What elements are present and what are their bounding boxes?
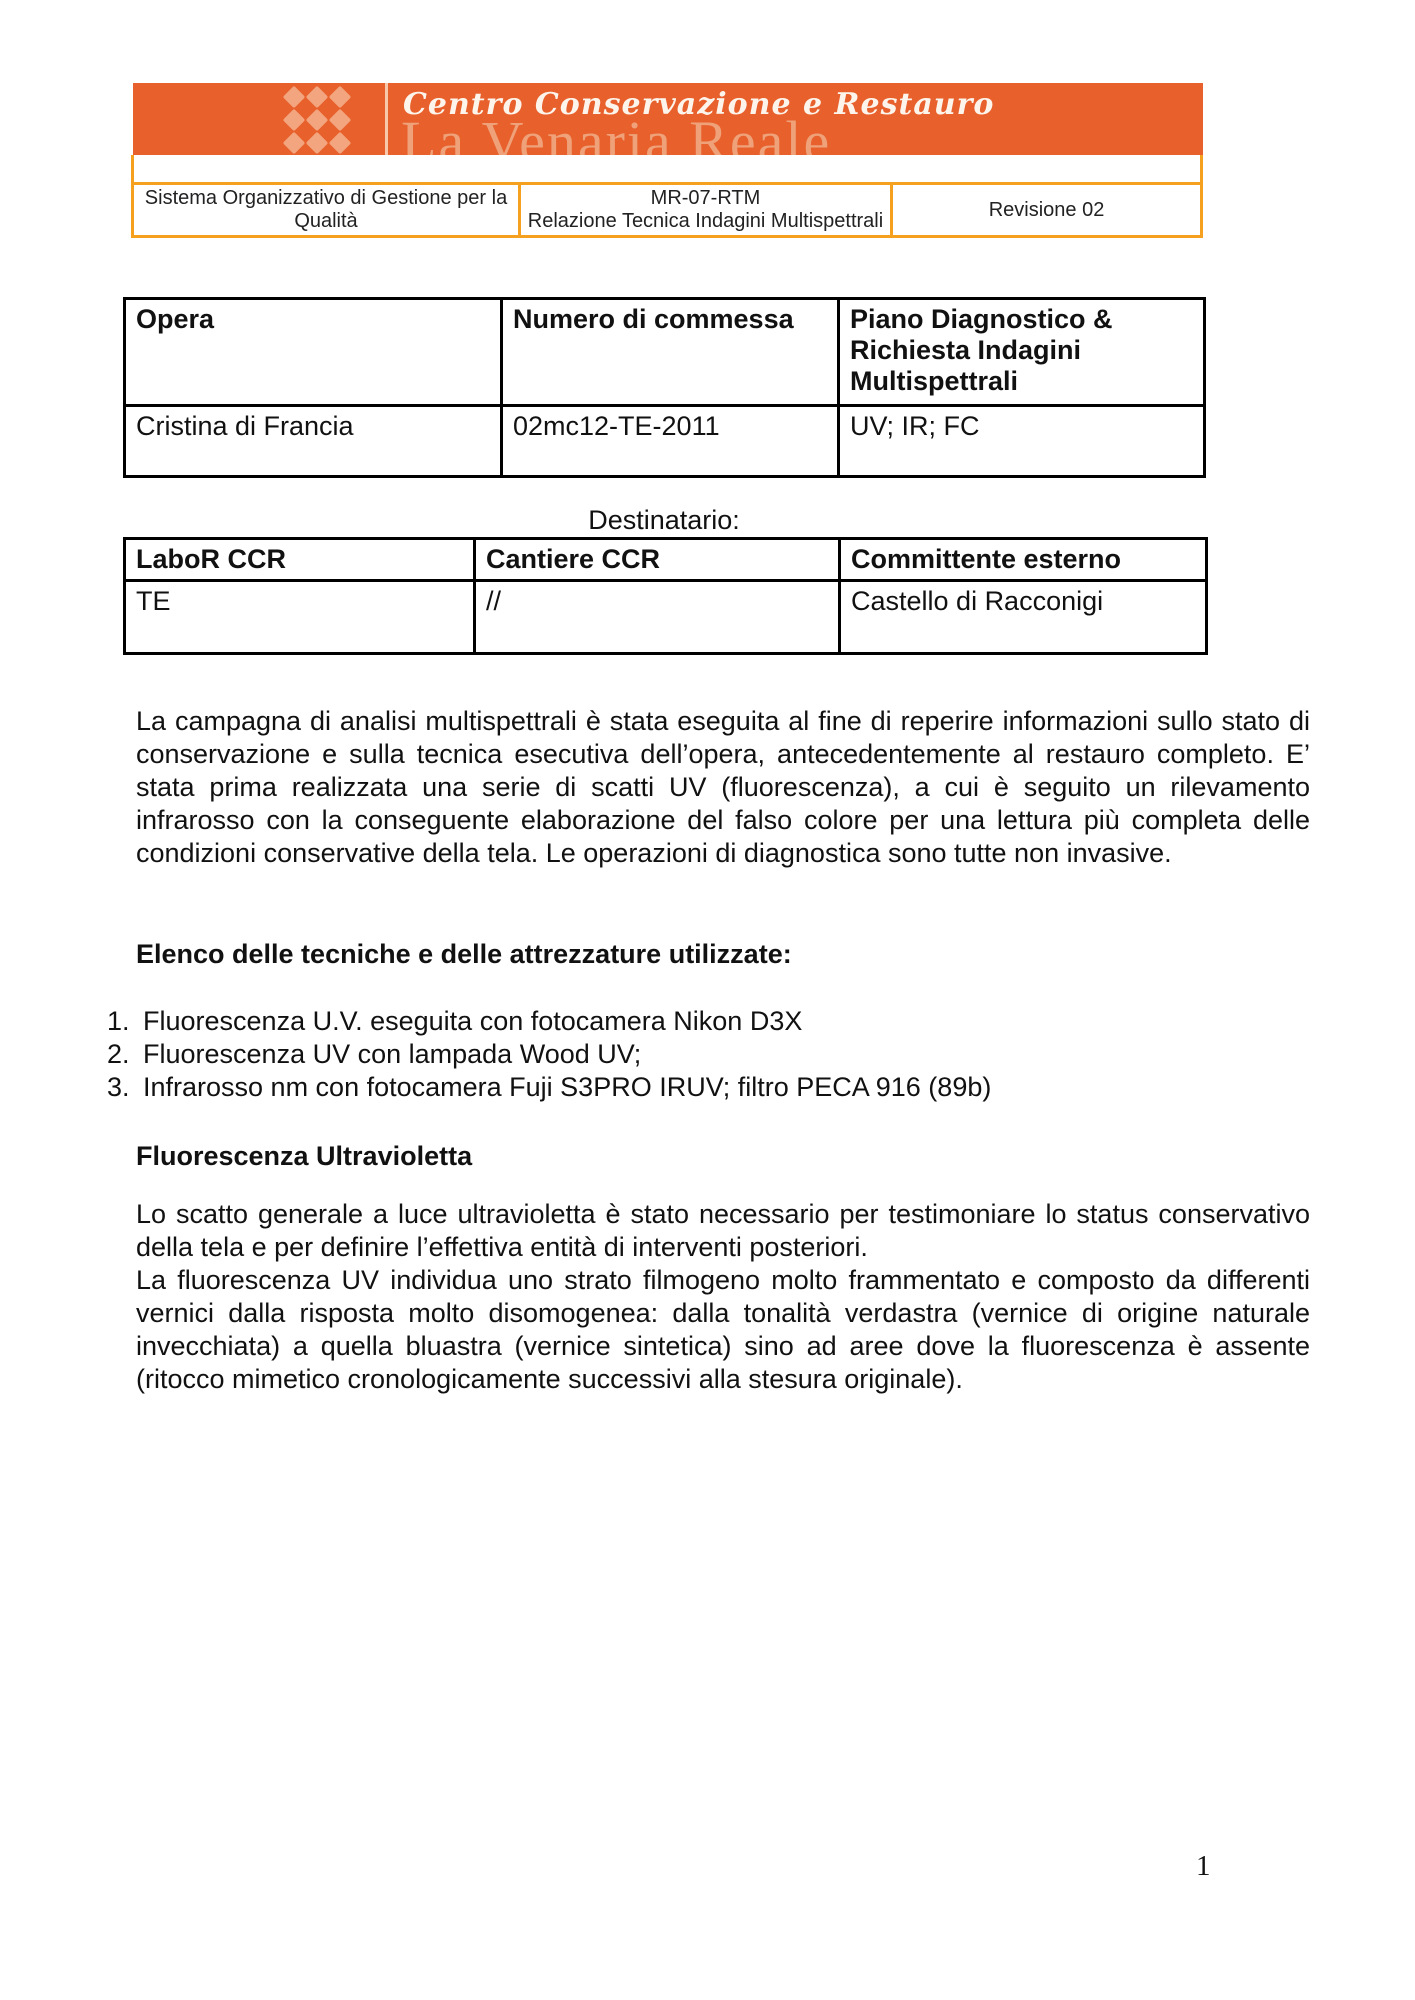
labor-value: TE — [125, 581, 475, 654]
committente-value: Castello di Racconigi — [840, 581, 1207, 654]
header-empty-row — [134, 155, 1200, 185]
opera-header-commessa: Numero di commessa — [502, 299, 839, 406]
system-line1: Sistema Organizzativo di Gestione per la — [145, 187, 507, 210]
dest-header-committente: Committente esterno — [840, 539, 1207, 581]
doc-code-subtitle: Relazione Tecnica Indagini Multispettral… — [528, 210, 883, 233]
section-heading-uv: Fluorescenza Ultravioletta — [136, 1140, 1310, 1173]
quality-header-table: Sistema Organizzativo di Gestione per la… — [131, 155, 1203, 238]
opera-header-row: Opera Numero di commessa Piano Diagnosti… — [125, 299, 1205, 406]
header-cell-system: Sistema Organizzativo di Gestione per la… — [134, 185, 521, 235]
commessa-value: 02mc12-TE-2011 — [502, 406, 839, 477]
uv-paragraphs: Lo scatto generale a luce ultravioletta … — [136, 1198, 1310, 1396]
destinatario-table: LaboR CCR Cantiere CCR Committente ester… — [123, 537, 1208, 655]
destinatario-data-row: TE // Castello di Racconigi — [125, 581, 1207, 654]
uv-paragraph-2: La fluorescenza UV individua uno strato … — [136, 1264, 1310, 1396]
page-number: 1 — [1196, 1850, 1211, 1883]
dest-header-cantiere: Cantiere CCR — [475, 539, 840, 581]
opera-data-row: Cristina di Francia 02mc12-TE-2011 UV; I… — [125, 406, 1205, 477]
org-name-line2: La Venaria Reale — [401, 113, 831, 155]
header-cell-revision: Revisione 02 — [893, 185, 1200, 235]
diamond-pattern-icon — [283, 86, 352, 155]
opera-header-piano: Piano Diagnostico & Richiesta Indagini M… — [839, 299, 1205, 406]
destinatario-label: Destinatario: — [123, 505, 1205, 536]
uv-paragraph-1: Lo scatto generale a luce ultravioletta … — [136, 1198, 1310, 1264]
banner-divider — [385, 83, 388, 155]
brand-banner: Centro Conservazione e Restauro La Venar… — [133, 83, 1203, 155]
techniques-list: Fluorescenza U.V. eseguita con fotocamer… — [96, 1005, 1310, 1104]
doc-code: MR-07-RTM — [651, 187, 761, 210]
intro-paragraph: La campagna di analisi multispettrali è … — [136, 705, 1310, 870]
document-page: Centro Conservazione e Restauro La Venar… — [0, 0, 1415, 2000]
destinatario-header-row: LaboR CCR Cantiere CCR Committente ester… — [125, 539, 1207, 581]
system-line2: Qualità — [294, 210, 357, 233]
header-cell-code: MR-07-RTM Relazione Tecnica Indagini Mul… — [521, 185, 893, 235]
revision-label: Revisione 02 — [989, 199, 1105, 222]
list-item: Fluorescenza UV con lampada Wood UV; — [137, 1038, 1310, 1071]
header-row: Sistema Organizzativo di Gestione per la… — [134, 185, 1200, 235]
section-heading-tecniche: Elenco delle tecniche e delle attrezzatu… — [136, 938, 1310, 971]
opera-table: Opera Numero di commessa Piano Diagnosti… — [123, 297, 1206, 478]
piano-value: UV; IR; FC — [839, 406, 1205, 477]
cantiere-value: // — [475, 581, 840, 654]
dest-header-labor: LaboR CCR — [125, 539, 475, 581]
list-item: Fluorescenza U.V. eseguita con fotocamer… — [137, 1005, 1310, 1038]
opera-header-opera: Opera — [125, 299, 502, 406]
list-item: Infrarosso nm con fotocamera Fuji S3PRO … — [137, 1071, 1310, 1104]
opera-value: Cristina di Francia — [125, 406, 502, 477]
